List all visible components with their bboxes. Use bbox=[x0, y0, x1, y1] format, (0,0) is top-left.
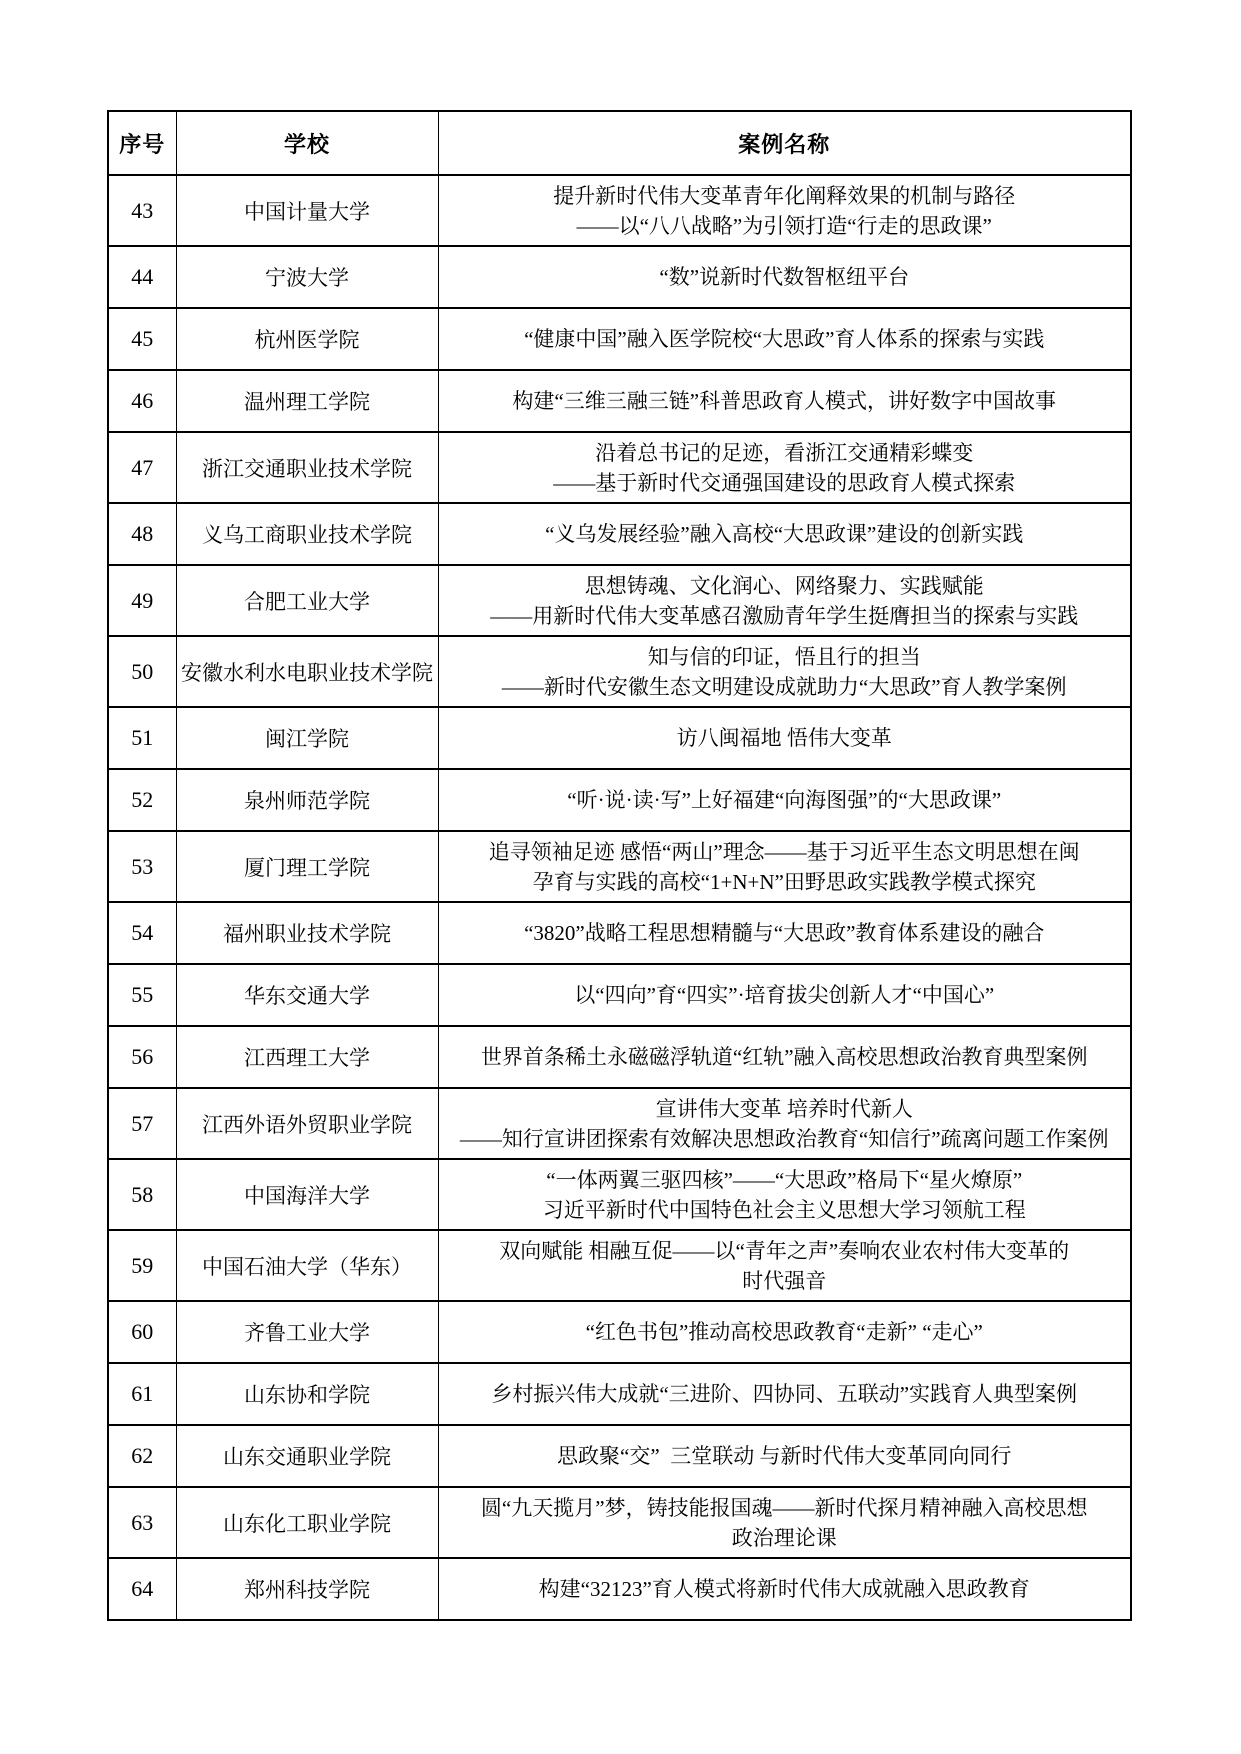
table-row: 44 宁波大学 “数”说新时代数智枢纽平台 bbox=[108, 246, 1131, 308]
table-row: 45 杭州医学院 “健康中国”融入医学院校“大思政”育人体系的探索与实践 bbox=[108, 308, 1131, 370]
table-row: 54 福州职业技术学院 “3820”战略工程思想精髓与“大思政”教育体系建设的融… bbox=[108, 902, 1131, 964]
row-number: 45 bbox=[108, 308, 176, 370]
row-number: 44 bbox=[108, 246, 176, 308]
case-name: 思政聚“交” 三堂联动 与新时代伟大变革同向同行 bbox=[438, 1425, 1131, 1487]
school-name: 杭州医学院 bbox=[176, 308, 438, 370]
document-page: 序号 学校 案例名称 43 中国计量大学 提升新时代伟大变革青年化阐释效果的机制… bbox=[0, 0, 1241, 1754]
school-name: 郑州科技学院 bbox=[176, 1558, 438, 1620]
table-header: 序号 学校 案例名称 bbox=[108, 111, 1131, 175]
case-line: ——用新时代伟大变革感召激励青年学生挺膺担当的探索与实践 bbox=[445, 601, 1125, 631]
case-line: 圆“九天揽月”梦，铸技能报国魂——新时代探月精神融入高校思想 bbox=[445, 1493, 1125, 1523]
table-row: 61 山东协和学院 乡村振兴伟大成就“三进阶、四协同、五联动”实践育人典型案例 bbox=[108, 1363, 1131, 1425]
case-line: “一体两翼三驱四核”——“大思政”格局下“星火燎原” bbox=[445, 1165, 1125, 1195]
school-name: 泉州师范学院 bbox=[176, 769, 438, 831]
table-row: 62 山东交通职业学院 思政聚“交” 三堂联动 与新时代伟大变革同向同行 bbox=[108, 1425, 1131, 1487]
case-line: 习近平新时代中国特色社会主义思想大学习领航工程 bbox=[445, 1195, 1125, 1225]
school-name: 山东交通职业学院 bbox=[176, 1425, 438, 1487]
case-line: “健康中国”融入医学院校“大思政”育人体系的探索与实践 bbox=[445, 324, 1125, 354]
table-row: 51 闽江学院 访八闽福地 悟伟大变革 bbox=[108, 707, 1131, 769]
school-name: 浙江交通职业技术学院 bbox=[176, 432, 438, 503]
table-row: 50 安徽水利水电职业技术学院 知与信的印证，悟且行的担当——新时代安徽生态文明… bbox=[108, 636, 1131, 707]
school-name: 福州职业技术学院 bbox=[176, 902, 438, 964]
row-number: 51 bbox=[108, 707, 176, 769]
case-name: “数”说新时代数智枢纽平台 bbox=[438, 246, 1131, 308]
case-line: “3820”战略工程思想精髓与“大思政”教育体系建设的融合 bbox=[445, 918, 1125, 948]
table-body: 43 中国计量大学 提升新时代伟大变革青年化阐释效果的机制与路径——以“八八战略… bbox=[108, 175, 1131, 1620]
case-line: ——知行宣讲团探索有效解决思想政治教育“知信行”疏离问题工作案例 bbox=[445, 1124, 1125, 1154]
case-line: “红色书包”推动高校思政教育“走新” “走心” bbox=[445, 1317, 1125, 1347]
case-line: 沿着总书记的足迹，看浙江交通精彩蝶变 bbox=[445, 438, 1125, 468]
table-row: 43 中国计量大学 提升新时代伟大变革青年化阐释效果的机制与路径——以“八八战略… bbox=[108, 175, 1131, 246]
row-number: 55 bbox=[108, 964, 176, 1026]
row-number: 46 bbox=[108, 370, 176, 432]
row-number: 61 bbox=[108, 1363, 176, 1425]
case-name: “一体两翼三驱四核”——“大思政”格局下“星火燎原”习近平新时代中国特色社会主义… bbox=[438, 1159, 1131, 1230]
school-name: 宁波大学 bbox=[176, 246, 438, 308]
school-name: 中国海洋大学 bbox=[176, 1159, 438, 1230]
case-name: 思想铸魂、文化润心、网络聚力、实践赋能——用新时代伟大变革感召激励青年学生挺膺担… bbox=[438, 565, 1131, 636]
case-line: ——基于新时代交通强国建设的思政育人模式探索 bbox=[445, 468, 1125, 498]
school-name: 华东交通大学 bbox=[176, 964, 438, 1026]
case-name: “听·说·读·写”上好福建“向海图强”的“大思政课” bbox=[438, 769, 1131, 831]
case-name: 提升新时代伟大变革青年化阐释效果的机制与路径——以“八八战略”为引领打造“行走的… bbox=[438, 175, 1131, 246]
school-name: 厦门理工学院 bbox=[176, 831, 438, 902]
table-row: 59 中国石油大学（华东） 双向赋能 相融互促——以“青年之声”奏响农业农村伟大… bbox=[108, 1230, 1131, 1301]
case-name: 访八闽福地 悟伟大变革 bbox=[438, 707, 1131, 769]
table-row: 56 江西理工大学 世界首条稀土永磁磁浮轨道“红轨”融入高校思想政治教育典型案例 bbox=[108, 1026, 1131, 1088]
table-row: 60 齐鲁工业大学 “红色书包”推动高校思政教育“走新” “走心” bbox=[108, 1301, 1131, 1363]
case-line: 政治理论课 bbox=[445, 1523, 1125, 1553]
row-number: 64 bbox=[108, 1558, 176, 1620]
case-line: 双向赋能 相融互促——以“青年之声”奏响农业农村伟大变革的 bbox=[445, 1236, 1125, 1266]
header-school: 学校 bbox=[176, 111, 438, 175]
row-number: 58 bbox=[108, 1159, 176, 1230]
case-line: 以“四向”育“四实”·培育拔尖创新人才“中国心” bbox=[445, 980, 1125, 1010]
case-line: 孕育与实践的高校“1+N+N”田野思政实践教学模式探究 bbox=[445, 867, 1125, 897]
school-name: 义乌工商职业技术学院 bbox=[176, 503, 438, 565]
case-name: 圆“九天揽月”梦，铸技能报国魂——新时代探月精神融入高校思想政治理论课 bbox=[438, 1487, 1131, 1558]
case-name: 宣讲伟大变革 培养时代新人——知行宣讲团探索有效解决思想政治教育“知信行”疏离问… bbox=[438, 1088, 1131, 1159]
row-number: 63 bbox=[108, 1487, 176, 1558]
row-number: 53 bbox=[108, 831, 176, 902]
row-number: 50 bbox=[108, 636, 176, 707]
table-row: 55 华东交通大学 以“四向”育“四实”·培育拔尖创新人才“中国心” bbox=[108, 964, 1131, 1026]
case-name: 以“四向”育“四实”·培育拔尖创新人才“中国心” bbox=[438, 964, 1131, 1026]
row-number: 59 bbox=[108, 1230, 176, 1301]
case-name: 构建“32123”育人模式将新时代伟大成就融入思政教育 bbox=[438, 1558, 1131, 1620]
case-line: 追寻领袖足迹 感悟“两山”理念——基于习近平生态文明思想在闽 bbox=[445, 837, 1125, 867]
school-name: 齐鲁工业大学 bbox=[176, 1301, 438, 1363]
table-row: 53 厦门理工学院 追寻领袖足迹 感悟“两山”理念——基于习近平生态文明思想在闽… bbox=[108, 831, 1131, 902]
school-name: 合肥工业大学 bbox=[176, 565, 438, 636]
table-row: 52 泉州师范学院 “听·说·读·写”上好福建“向海图强”的“大思政课” bbox=[108, 769, 1131, 831]
case-line: 访八闽福地 悟伟大变革 bbox=[445, 723, 1125, 753]
school-name: 安徽水利水电职业技术学院 bbox=[176, 636, 438, 707]
header-case-name: 案例名称 bbox=[438, 111, 1131, 175]
case-name: “3820”战略工程思想精髓与“大思政”教育体系建设的融合 bbox=[438, 902, 1131, 964]
row-number: 47 bbox=[108, 432, 176, 503]
row-number: 56 bbox=[108, 1026, 176, 1088]
row-number: 49 bbox=[108, 565, 176, 636]
case-name: 沿着总书记的足迹，看浙江交通精彩蝶变——基于新时代交通强国建设的思政育人模式探索 bbox=[438, 432, 1131, 503]
case-name: “义乌发展经验”融入高校“大思政课”建设的创新实践 bbox=[438, 503, 1131, 565]
case-line: “数”说新时代数智枢纽平台 bbox=[445, 262, 1125, 292]
table-row: 47 浙江交通职业技术学院 沿着总书记的足迹，看浙江交通精彩蝶变——基于新时代交… bbox=[108, 432, 1131, 503]
case-name: 追寻领袖足迹 感悟“两山”理念——基于习近平生态文明思想在闽孕育与实践的高校“1… bbox=[438, 831, 1131, 902]
school-name: 江西理工大学 bbox=[176, 1026, 438, 1088]
case-line: 知与信的印证，悟且行的担当 bbox=[445, 642, 1125, 672]
case-line: ——新时代安徽生态文明建设成就助力“大思政”育人教学案例 bbox=[445, 672, 1125, 702]
case-name: 双向赋能 相融互促——以“青年之声”奏响农业农村伟大变革的时代强音 bbox=[438, 1230, 1131, 1301]
case-line: “听·说·读·写”上好福建“向海图强”的“大思政课” bbox=[445, 785, 1125, 815]
table-row: 49 合肥工业大学 思想铸魂、文化润心、网络聚力、实践赋能——用新时代伟大变革感… bbox=[108, 565, 1131, 636]
table-row: 48 义乌工商职业技术学院 “义乌发展经验”融入高校“大思政课”建设的创新实践 bbox=[108, 503, 1131, 565]
row-number: 57 bbox=[108, 1088, 176, 1159]
case-name: “红色书包”推动高校思政教育“走新” “走心” bbox=[438, 1301, 1131, 1363]
case-line: 时代强音 bbox=[445, 1266, 1125, 1296]
case-line: 提升新时代伟大变革青年化阐释效果的机制与路径 bbox=[445, 181, 1125, 211]
school-name: 山东化工职业学院 bbox=[176, 1487, 438, 1558]
case-line: 乡村振兴伟大成就“三进阶、四协同、五联动”实践育人典型案例 bbox=[445, 1379, 1125, 1409]
row-number: 52 bbox=[108, 769, 176, 831]
row-number: 60 bbox=[108, 1301, 176, 1363]
table-row: 63 山东化工职业学院 圆“九天揽月”梦，铸技能报国魂——新时代探月精神融入高校… bbox=[108, 1487, 1131, 1558]
case-line: 思政聚“交” 三堂联动 与新时代伟大变革同向同行 bbox=[445, 1441, 1125, 1471]
case-line: 构建“三维三融三链”科普思政育人模式，讲好数字中国故事 bbox=[445, 386, 1125, 416]
case-line: “义乌发展经验”融入高校“大思政课”建设的创新实践 bbox=[445, 519, 1125, 549]
table-row: 64 郑州科技学院 构建“32123”育人模式将新时代伟大成就融入思政教育 bbox=[108, 1558, 1131, 1620]
case-line: 宣讲伟大变革 培养时代新人 bbox=[445, 1094, 1125, 1124]
case-line: 思想铸魂、文化润心、网络聚力、实践赋能 bbox=[445, 571, 1125, 601]
case-name: “健康中国”融入医学院校“大思政”育人体系的探索与实践 bbox=[438, 308, 1131, 370]
case-name: 乡村振兴伟大成就“三进阶、四协同、五联动”实践育人典型案例 bbox=[438, 1363, 1131, 1425]
row-number: 54 bbox=[108, 902, 176, 964]
school-name: 山东协和学院 bbox=[176, 1363, 438, 1425]
table-row: 58 中国海洋大学 “一体两翼三驱四核”——“大思政”格局下“星火燎原”习近平新… bbox=[108, 1159, 1131, 1230]
school-name: 中国计量大学 bbox=[176, 175, 438, 246]
school-name: 中国石油大学（华东） bbox=[176, 1230, 438, 1301]
row-number: 62 bbox=[108, 1425, 176, 1487]
case-line: 构建“32123”育人模式将新时代伟大成就融入思政教育 bbox=[445, 1574, 1125, 1604]
school-name: 江西外语外贸职业学院 bbox=[176, 1088, 438, 1159]
row-number: 43 bbox=[108, 175, 176, 246]
school-name: 温州理工学院 bbox=[176, 370, 438, 432]
row-number: 48 bbox=[108, 503, 176, 565]
case-line: 世界首条稀土永磁磁浮轨道“红轨”融入高校思想政治教育典型案例 bbox=[445, 1042, 1125, 1072]
case-name: 世界首条稀土永磁磁浮轨道“红轨”融入高校思想政治教育典型案例 bbox=[438, 1026, 1131, 1088]
header-row: 序号 学校 案例名称 bbox=[108, 111, 1131, 175]
case-line: ——以“八八战略”为引领打造“行走的思政课” bbox=[445, 211, 1125, 241]
school-name: 闽江学院 bbox=[176, 707, 438, 769]
table-row: 46 温州理工学院 构建“三维三融三链”科普思政育人模式，讲好数字中国故事 bbox=[108, 370, 1131, 432]
header-row-number: 序号 bbox=[108, 111, 176, 175]
case-name: 知与信的印证，悟且行的担当——新时代安徽生态文明建设成就助力“大思政”育人教学案… bbox=[438, 636, 1131, 707]
case-name: 构建“三维三融三链”科普思政育人模式，讲好数字中国故事 bbox=[438, 370, 1131, 432]
table-row: 57 江西外语外贸职业学院 宣讲伟大变革 培养时代新人——知行宣讲团探索有效解决… bbox=[108, 1088, 1131, 1159]
case-list-table: 序号 学校 案例名称 43 中国计量大学 提升新时代伟大变革青年化阐释效果的机制… bbox=[107, 110, 1132, 1621]
